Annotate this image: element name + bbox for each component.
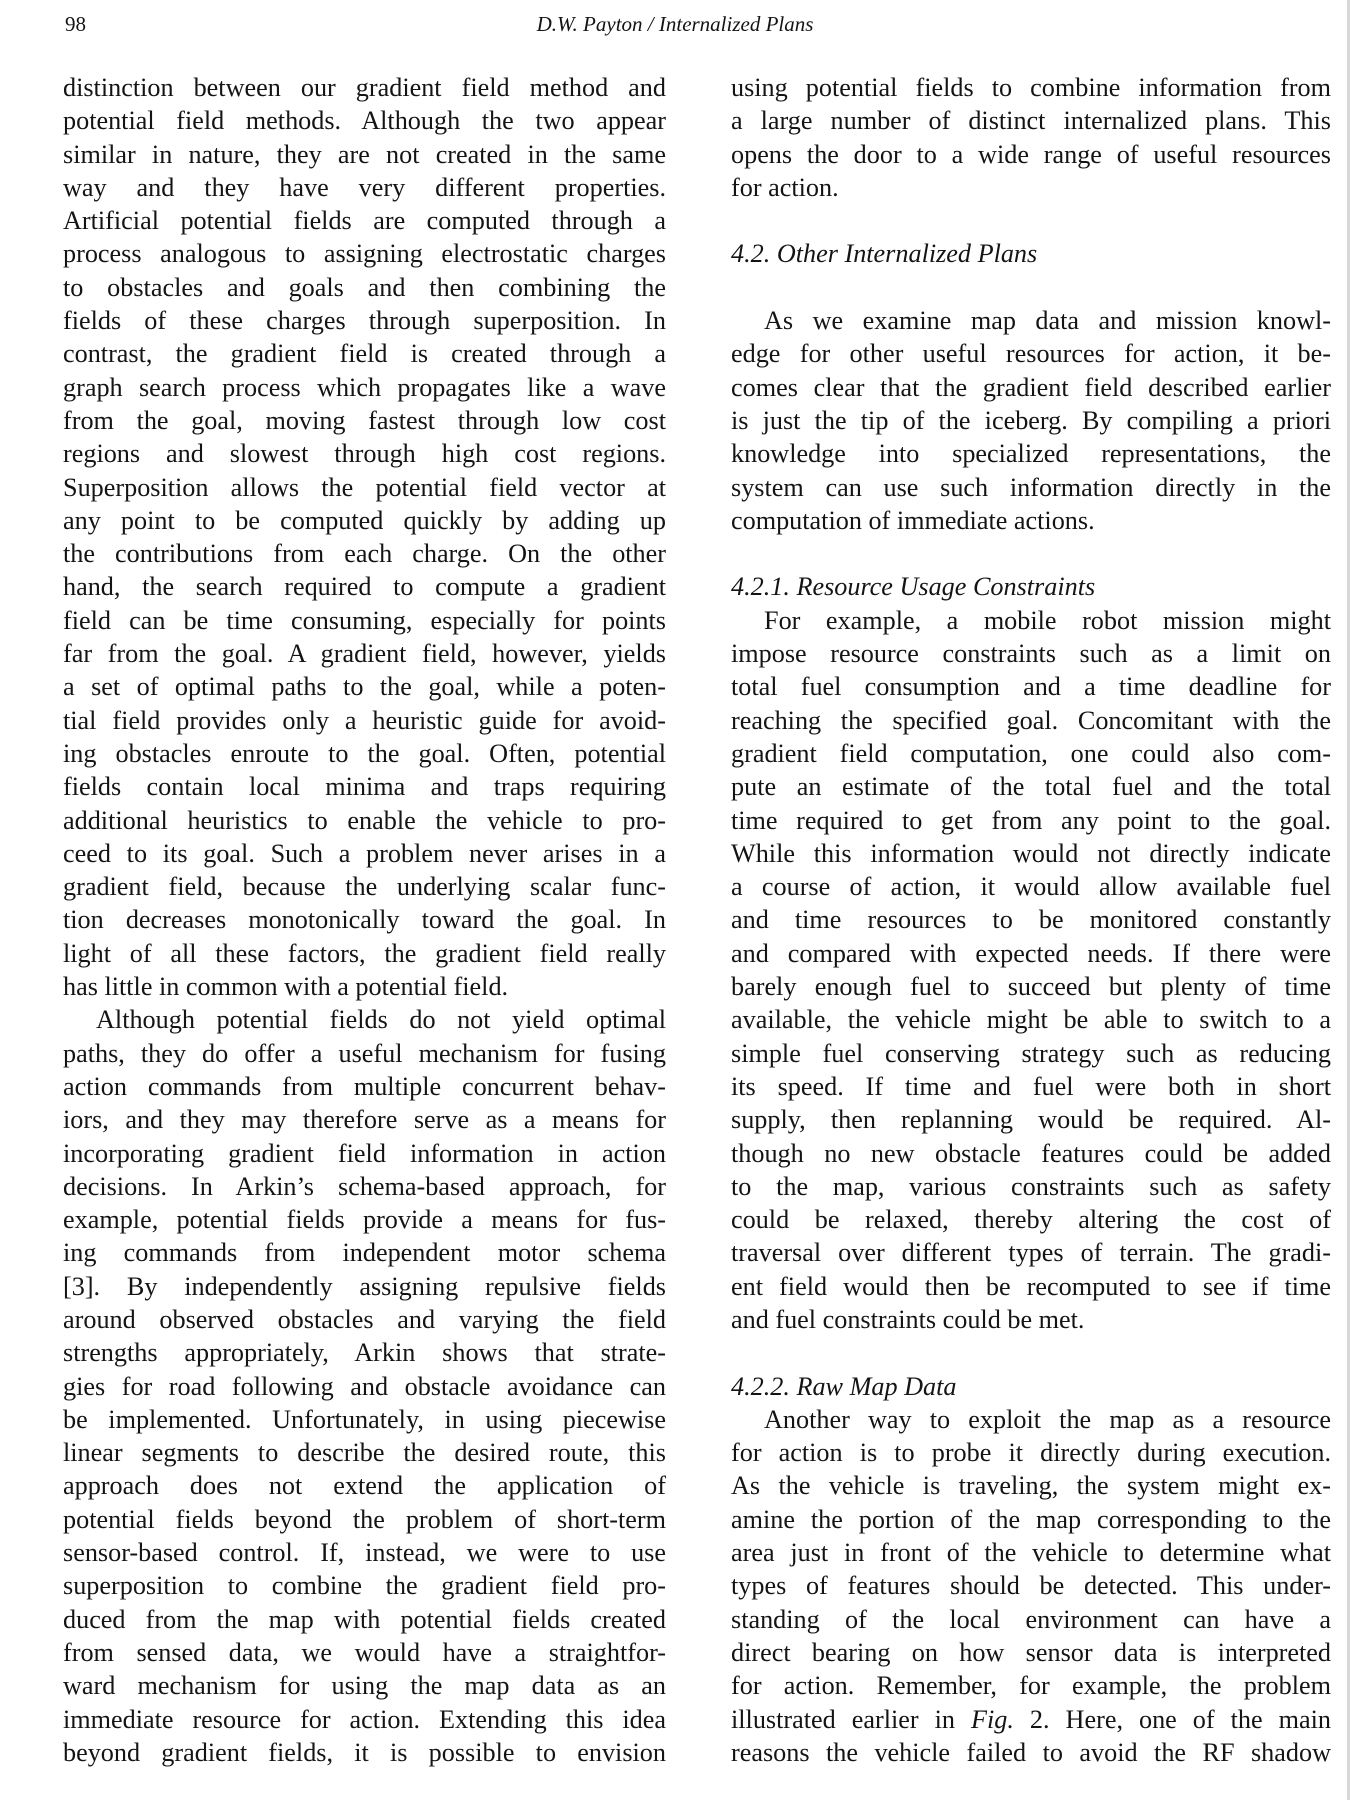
paragraph-gradient-vs-potential: distinction between our gradient field m… xyxy=(63,71,666,1003)
text-line: time required to get from any point to t… xyxy=(731,804,1331,837)
text-line: As we examine map data and mission knowl… xyxy=(731,304,1331,337)
right-column: using potential fields to combine inform… xyxy=(731,71,1331,1769)
text-line: standing of the local environment can ha… xyxy=(731,1603,1331,1636)
text-line: contrast, the gradient field is created … xyxy=(63,337,666,370)
text-line: For example, a mobile robot mission migh… xyxy=(731,604,1331,637)
text-line: for action. Remember, for example, the p… xyxy=(731,1669,1331,1702)
text-line: additional heuristics to enable the vehi… xyxy=(63,804,666,837)
text-line: reaching the specified goal. Concomitant… xyxy=(731,704,1331,737)
text-line: its speed. If time and fuel were both in… xyxy=(731,1070,1331,1103)
text-line: and compared with expected needs. If the… xyxy=(731,937,1331,970)
text-line: ent field would then be recomputed to se… xyxy=(731,1270,1331,1303)
text-line: far from the goal. A gradient field, how… xyxy=(63,637,666,670)
section-heading-4-2: 4.2. Other Internalized Plans xyxy=(731,237,1331,270)
text-line: to obstacles and goals and then combinin… xyxy=(63,271,666,304)
text-line: iors, and they may therefore serve as a … xyxy=(63,1103,666,1136)
text-line: a course of action, it would allow avail… xyxy=(731,870,1331,903)
text-line: beyond gradient fields, it is possible t… xyxy=(63,1736,666,1769)
text-line: pute an estimate of the total fuel and t… xyxy=(731,770,1331,803)
text-line: comes clear that the gradient field desc… xyxy=(731,371,1331,404)
text-line: While this information would not directl… xyxy=(731,837,1331,870)
text-line: be implemented. Unfortunately, in using … xyxy=(63,1403,666,1436)
text-line: light of all these factors, the gradient… xyxy=(63,937,666,970)
text-line: immediate resource for action. Extending… xyxy=(63,1703,666,1736)
text-line: direct bearing on how sensor data is int… xyxy=(731,1636,1331,1669)
text-line: fields of these charges through superpos… xyxy=(63,304,666,337)
spacer xyxy=(731,537,1331,570)
text-line: computation of immediate actions. xyxy=(731,504,1331,537)
text-line: opens the door to a wide range of useful… xyxy=(731,138,1331,171)
text-fragment: 2. Here, one of the main xyxy=(1014,1705,1331,1734)
text-fragment: illustrated earlier in xyxy=(731,1705,971,1734)
text-line: any point to be computed quickly by addi… xyxy=(63,504,666,537)
text-line: paths, they do offer a useful mechanism … xyxy=(63,1037,666,1070)
text-line: fields contain local minima and traps re… xyxy=(63,770,666,803)
text-line: total fuel consumption and a time deadli… xyxy=(731,670,1331,703)
text-line: from the goal, moving fastest through lo… xyxy=(63,404,666,437)
text-line: superposition to combine the gradient fi… xyxy=(63,1569,666,1602)
text-line: types of features should be detected. Th… xyxy=(731,1569,1331,1602)
text-line: around observed obstacles and varying th… xyxy=(63,1303,666,1336)
text-line: for action. xyxy=(731,171,1331,204)
text-line: regions and slowest through high cost re… xyxy=(63,437,666,470)
text-line: similar in nature, they are not created … xyxy=(63,138,666,171)
text-line: Superposition allows the potential field… xyxy=(63,471,666,504)
text-line: action commands from multiple concurrent… xyxy=(63,1070,666,1103)
text-line: amine the portion of the map correspondi… xyxy=(731,1503,1331,1536)
text-line: simple fuel conserving strategy such as … xyxy=(731,1037,1331,1070)
text-line: gradient field computation, one could al… xyxy=(731,737,1331,770)
text-line: incorporating gradient field information… xyxy=(63,1137,666,1170)
text-line: from sensed data, we would have a straig… xyxy=(63,1636,666,1669)
spacer xyxy=(731,1336,1331,1369)
text-line: barely enough fuel to succeed but plenty… xyxy=(731,970,1331,1003)
text-line: hand, the search required to compute a g… xyxy=(63,570,666,603)
text-line: Artificial potential fields are computed… xyxy=(63,204,666,237)
text-line: potential fields beyond the problem of s… xyxy=(63,1503,666,1536)
text-line: impose resource constraints such as a li… xyxy=(731,637,1331,670)
text-line: strengths appropriately, Arkin shows tha… xyxy=(63,1336,666,1369)
text-line: traversal over different types of terrai… xyxy=(731,1236,1331,1269)
text-line: Although potential fields do not yield o… xyxy=(63,1003,666,1036)
text-line: the contributions from each charge. On t… xyxy=(63,537,666,570)
text-line: Another way to exploit the map as a reso… xyxy=(731,1403,1331,1436)
text-line: could be relaxed, thereby altering the c… xyxy=(731,1203,1331,1236)
spacer xyxy=(731,204,1331,237)
text-line: gradient field, because the underlying s… xyxy=(63,870,666,903)
text-line: ceed to its goal. Such a problem never a… xyxy=(63,837,666,870)
text-line: ing commands from independent motor sche… xyxy=(63,1236,666,1269)
page-header: 98 D.W. Payton / Internalized Plans xyxy=(0,8,1350,40)
text-line: duced from the map with potential fields… xyxy=(63,1603,666,1636)
spacer xyxy=(731,271,1331,304)
text-line: way and they have very different propert… xyxy=(63,171,666,204)
text-line: example, potential fields provide a mean… xyxy=(63,1203,666,1236)
text-line: and fuel constraints could be met. xyxy=(731,1303,1331,1336)
text-line: edge for other useful resources for acti… xyxy=(731,337,1331,370)
text-line-fig-ref: illustrated earlier in Fig. 2. Here, one… xyxy=(731,1703,1331,1736)
text-line: tial field provides only a heuristic gui… xyxy=(63,704,666,737)
paragraph-raw-map-data: Another way to exploit the map as a reso… xyxy=(731,1403,1331,1703)
text-line: ing obstacles enroute to the goal. Often… xyxy=(63,737,666,770)
text-line: and time resources to be monitored const… xyxy=(731,903,1331,936)
text-line: tion decreases monotonically toward the … xyxy=(63,903,666,936)
text-line: gies for road following and obstacle avo… xyxy=(63,1370,666,1403)
text-line: has little in common with a potential fi… xyxy=(63,970,666,1003)
figure-reference[interactable]: Fig. xyxy=(971,1705,1014,1734)
text-line: using potential fields to combine inform… xyxy=(731,71,1331,104)
text-line: for action is to probe it directly durin… xyxy=(731,1436,1331,1469)
text-line: decisions. In Arkin’s schema-based appro… xyxy=(63,1170,666,1203)
text-line: area just in front of the vehicle to det… xyxy=(731,1536,1331,1569)
text-line: a large number of distinct internalized … xyxy=(731,104,1331,137)
text-line: available, the vehicle might be able to … xyxy=(731,1003,1331,1036)
text-line: to the map, various constraints such as … xyxy=(731,1170,1331,1203)
text-line: is just the tip of the iceberg. By compi… xyxy=(731,404,1331,437)
paragraph-other-internalized-plans: As we examine map data and mission knowl… xyxy=(731,304,1331,537)
text-line: system can use such information directly… xyxy=(731,471,1331,504)
text-line: sensor-based control. If, instead, we we… xyxy=(63,1536,666,1569)
text-line: ward mechanism for using the map data as… xyxy=(63,1669,666,1702)
text-line: [3]. By independently assigning repulsiv… xyxy=(63,1270,666,1303)
text-line: distinction between our gradient field m… xyxy=(63,71,666,104)
text-line: though no new obstacle features could be… xyxy=(731,1137,1331,1170)
section-heading-4-2-2: 4.2.2. Raw Map Data xyxy=(731,1370,1331,1403)
text-line: process analogous to assigning electrost… xyxy=(63,237,666,270)
paragraph-continuation: using potential fields to combine inform… xyxy=(731,71,1331,204)
text-line: linear segments to describe the desired … xyxy=(63,1436,666,1469)
paragraph-resource-usage: For example, a mobile robot mission migh… xyxy=(731,604,1331,1337)
text-line: potential field methods. Although the tw… xyxy=(63,104,666,137)
text-line: graph search process which propagates li… xyxy=(63,371,666,404)
section-heading-4-2-1: 4.2.1. Resource Usage Constraints xyxy=(731,570,1331,603)
text-line: reasons the vehicle failed to avoid the … xyxy=(731,1736,1331,1769)
left-column: distinction between our gradient field m… xyxy=(63,71,666,1769)
paragraph-potential-fields-fusion: Although potential fields do not yield o… xyxy=(63,1003,666,1769)
running-title: D.W. Payton / Internalized Plans xyxy=(0,12,1350,37)
text-line: knowledge into specialized representatio… xyxy=(731,437,1331,470)
text-line: As the vehicle is traveling, the system … xyxy=(731,1469,1331,1502)
text-line: a set of optimal paths to the goal, whil… xyxy=(63,670,666,703)
text-line: approach does not extend the application… xyxy=(63,1469,666,1502)
text-line: supply, then replanning would be require… xyxy=(731,1103,1331,1136)
text-line: field can be time consuming, especially … xyxy=(63,604,666,637)
